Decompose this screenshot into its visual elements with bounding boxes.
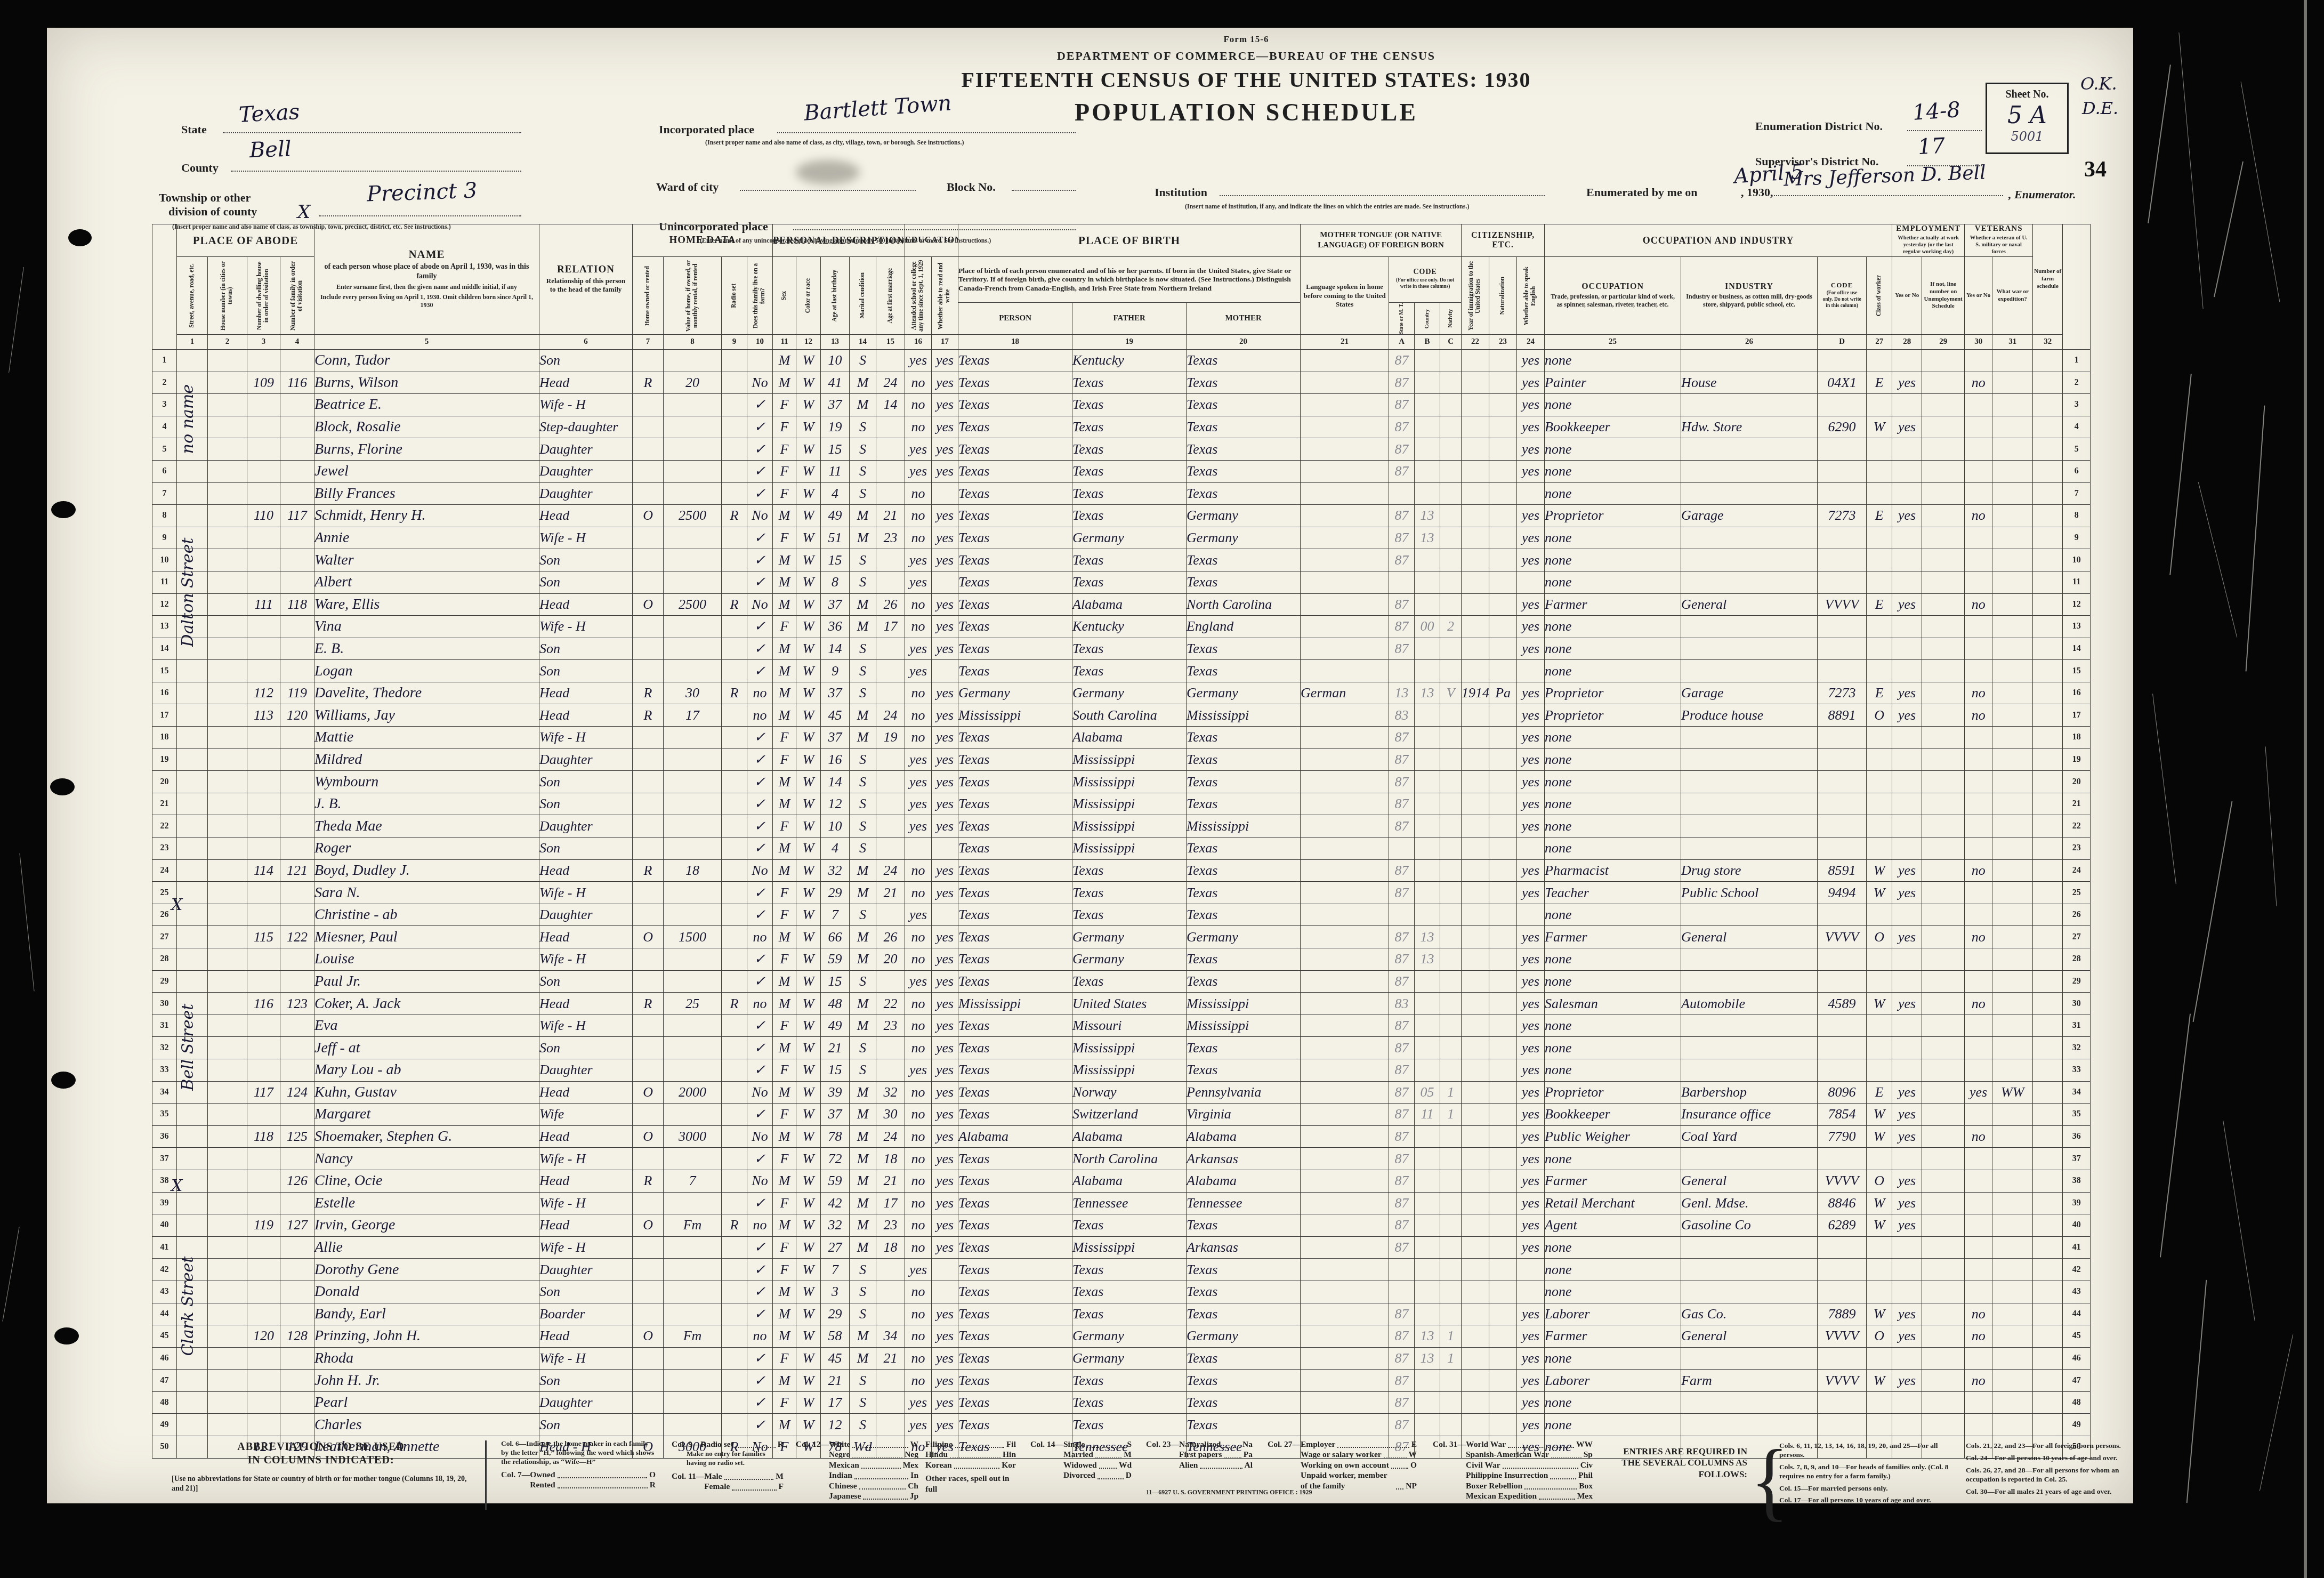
sex: F xyxy=(773,1391,796,1414)
attended-school: no xyxy=(905,1214,932,1237)
worker-class xyxy=(1867,793,1892,815)
family-number xyxy=(280,571,314,593)
age-first-married: 18 xyxy=(876,1236,905,1259)
worker-class xyxy=(1867,1037,1892,1059)
supervisor-district-value: 17 xyxy=(1917,134,1946,160)
worker-class xyxy=(1867,838,1892,860)
occupation: none xyxy=(1545,549,1681,571)
occupation-code xyxy=(1818,1037,1867,1059)
house-number xyxy=(208,1214,247,1237)
home-value xyxy=(664,1104,722,1126)
family-number xyxy=(280,394,314,416)
home-owned-rented xyxy=(633,948,664,971)
occupation-code xyxy=(1818,948,1867,971)
birthplace-person: Texas xyxy=(958,1303,1072,1325)
occupation: none xyxy=(1545,660,1681,682)
industry: Produce house xyxy=(1681,704,1818,727)
undefined xyxy=(1965,1391,1992,1414)
code-b xyxy=(1415,394,1440,416)
immigration-year xyxy=(1462,527,1489,549)
undefined: WW xyxy=(1992,1081,2033,1104)
unemployment-line xyxy=(1922,1214,1965,1237)
home-value xyxy=(664,970,722,993)
census-sheet-paper: Form 15-6 DEPARTMENT OF COMMERCE—BUREAU … xyxy=(47,28,2133,1503)
legend-divider xyxy=(485,1440,487,1510)
age-first-married xyxy=(876,748,905,771)
undefined xyxy=(1992,838,2033,860)
legend-item: IndianIn xyxy=(829,1470,918,1480)
ward-line xyxy=(740,190,916,191)
industry xyxy=(1681,727,1818,749)
legend-item: Spanish-American WarSp xyxy=(1466,1450,1593,1460)
occupation: none xyxy=(1545,838,1681,860)
lives-on-farm: ✓ xyxy=(747,815,773,838)
birthplace-person: Texas xyxy=(958,1170,1072,1192)
immigration-year xyxy=(1462,993,1489,1015)
industry xyxy=(1681,838,1818,860)
race: W xyxy=(796,1391,821,1414)
farm-schedule-number xyxy=(2033,438,2063,461)
naturalization xyxy=(1489,1236,1517,1259)
street-section-x-mark: X xyxy=(171,1177,182,1195)
line-number-header xyxy=(152,224,177,350)
worker-class: E xyxy=(1867,505,1892,527)
birthplace-person: Texas xyxy=(958,394,1072,416)
column-number: D xyxy=(1818,334,1867,349)
house-number xyxy=(208,593,247,616)
birthplace-person: Mississippi xyxy=(958,704,1072,727)
relation: Wife - H xyxy=(539,527,633,549)
race: W xyxy=(796,1303,821,1325)
code-b xyxy=(1415,372,1440,394)
home-owned-rented xyxy=(633,1259,664,1281)
line-number: 49 xyxy=(152,1414,177,1436)
undefined xyxy=(1992,1170,2033,1192)
reads-writes: yes xyxy=(932,349,958,372)
family-number xyxy=(280,948,314,971)
occupation-code xyxy=(1818,638,1867,660)
legend-entries-right: Cols. 21, 22, and 23—For all foreign-bor… xyxy=(1966,1442,2126,1499)
marital-condition: M xyxy=(850,1104,876,1126)
code-b xyxy=(1415,460,1440,482)
street-cell xyxy=(177,793,208,815)
line-number-right: 42 xyxy=(2063,1259,2091,1281)
code-b: 11 xyxy=(1415,1104,1440,1126)
farm-schedule-number xyxy=(2033,704,2063,727)
lives-on-farm: No xyxy=(747,505,773,527)
worker-class xyxy=(1867,438,1892,461)
occupation-code: VVVV xyxy=(1818,593,1867,616)
person-name: Beatrice E. xyxy=(314,394,539,416)
race: W xyxy=(796,838,821,860)
occupation: none xyxy=(1545,616,1681,638)
code-b: 00 xyxy=(1415,616,1440,638)
marital-condition: S xyxy=(850,638,876,660)
home-value: 25 xyxy=(664,993,722,1015)
line-number: 9 xyxy=(152,527,177,549)
farm-schedule-number xyxy=(2033,1325,2063,1348)
radio-set xyxy=(722,527,747,549)
undefined xyxy=(1965,660,1992,682)
line-number: 42 xyxy=(152,1259,177,1281)
birthplace-person: Texas xyxy=(958,838,1072,860)
relation: Wife - H xyxy=(539,1015,633,1037)
worker-class xyxy=(1867,527,1892,549)
attended-school: yes xyxy=(905,1391,932,1414)
person-name: J. B. xyxy=(314,793,539,815)
speaks-english: yes xyxy=(1517,1015,1545,1037)
mother-tongue xyxy=(1301,549,1389,571)
dwelling-number xyxy=(247,815,280,838)
unemployment-line xyxy=(1922,838,1965,860)
marital-condition: M xyxy=(850,1347,876,1370)
home-owned-rented xyxy=(633,838,664,860)
reads-writes: yes xyxy=(932,1015,958,1037)
line-number: 16 xyxy=(152,682,177,704)
age-first-married: 24 xyxy=(876,1125,905,1148)
family-number xyxy=(280,349,314,372)
line-number: 2 xyxy=(152,372,177,394)
marital-condition: S xyxy=(850,793,876,815)
legend-item: SingleS xyxy=(1063,1439,1132,1450)
legend-item: NaturalizedNa xyxy=(1179,1439,1253,1450)
occupation-code xyxy=(1818,349,1867,372)
reads-writes xyxy=(932,482,958,505)
street-name-label: no name xyxy=(179,343,206,495)
age: 16 xyxy=(821,748,850,771)
birthplace-father: Mississippi xyxy=(1072,838,1187,860)
age: 41 xyxy=(821,372,850,394)
code-c xyxy=(1440,1259,1462,1281)
undefined xyxy=(1992,1391,2033,1414)
person-name: Albert xyxy=(314,571,539,593)
relation: Head xyxy=(539,859,633,882)
mother-tongue xyxy=(1301,638,1389,660)
relation: Daughter xyxy=(539,482,633,505)
code-a: 87 xyxy=(1389,505,1415,527)
radio-set xyxy=(722,970,747,993)
house-number xyxy=(208,926,247,948)
industry xyxy=(1681,1259,1818,1281)
birthplace-father: Mississippi xyxy=(1072,793,1187,815)
worker-class xyxy=(1867,549,1892,571)
lives-on-farm: ✓ xyxy=(747,460,773,482)
home-value xyxy=(664,660,722,682)
dwelling-number: 114 xyxy=(247,859,280,882)
industry: Gasoline Co xyxy=(1681,1214,1818,1237)
birthplace-person: Texas xyxy=(958,1192,1072,1214)
reads-writes xyxy=(932,571,958,593)
immigration-year xyxy=(1462,1170,1489,1192)
undefined xyxy=(1992,704,2033,727)
birthplace-person: Texas xyxy=(958,1037,1072,1059)
family-number: 123 xyxy=(280,993,314,1015)
code-b: 13 xyxy=(1415,505,1440,527)
census-row: 31EvaWife - H✓FW49M23noyesTexasMissouriM… xyxy=(152,1015,2091,1037)
house-number xyxy=(208,571,247,593)
code-c xyxy=(1440,505,1462,527)
line-number-right: 29 xyxy=(2063,970,2091,993)
birthplace-father: Texas xyxy=(1072,571,1187,593)
undefined xyxy=(1992,505,2033,527)
home-owned-rented: R xyxy=(633,993,664,1015)
code-b xyxy=(1415,1303,1440,1325)
code-c xyxy=(1440,1192,1462,1214)
radio-set xyxy=(722,948,747,971)
lives-on-farm: ✓ xyxy=(747,438,773,461)
family-number xyxy=(280,1370,314,1392)
person-name: Christine - ab xyxy=(314,904,539,926)
speaks-english xyxy=(1517,838,1545,860)
line-number: 18 xyxy=(152,727,177,749)
column-number: C xyxy=(1440,334,1462,349)
marital-condition: M xyxy=(850,394,876,416)
age-first-married: 23 xyxy=(876,527,905,549)
at-work xyxy=(1892,815,1922,838)
home-owned-rented: O xyxy=(633,505,664,527)
occupation: Laborer xyxy=(1545,1370,1681,1392)
attended-school: no xyxy=(905,1037,932,1059)
line-number: 43 xyxy=(152,1281,177,1303)
mother-tongue xyxy=(1301,1370,1389,1392)
immigration-year xyxy=(1462,1081,1489,1104)
sex: F xyxy=(773,1104,796,1126)
relation: Son xyxy=(539,571,633,593)
industry xyxy=(1681,1015,1818,1037)
worker-class: O xyxy=(1867,1170,1892,1192)
relation: Daughter xyxy=(539,1059,633,1081)
farm-schedule-number xyxy=(2033,1370,2063,1392)
home-value xyxy=(664,416,722,438)
line-number: 27 xyxy=(152,926,177,948)
age: 14 xyxy=(821,771,850,793)
code-a: 87 xyxy=(1389,1391,1415,1414)
code-b xyxy=(1415,793,1440,815)
occupation-code: 7790 xyxy=(1818,1125,1867,1148)
undefined: no xyxy=(1965,704,1992,727)
mother-tongue xyxy=(1301,882,1389,904)
undefined xyxy=(1965,616,1992,638)
line-number-right: 37 xyxy=(2063,1148,2091,1170)
dwelling-number xyxy=(247,727,280,749)
lives-on-farm: ✓ xyxy=(747,948,773,971)
immigration-year xyxy=(1462,1015,1489,1037)
line-number: 23 xyxy=(152,838,177,860)
family-number xyxy=(280,904,314,926)
column-number: 29 xyxy=(1922,334,1965,349)
at-work xyxy=(1892,948,1922,971)
dwelling-number xyxy=(247,416,280,438)
unemployment-line xyxy=(1922,993,1965,1015)
birthplace-person: Texas xyxy=(958,372,1072,394)
marital-condition: M xyxy=(850,527,876,549)
race: W xyxy=(796,970,821,993)
census-row: 36118125Shoemaker, Stephen G.HeadO3000No… xyxy=(152,1125,2091,1148)
age-first-married xyxy=(876,1370,905,1392)
age-first-married: 19 xyxy=(876,727,905,749)
immigration-year xyxy=(1462,1391,1489,1414)
line-number: 46 xyxy=(152,1347,177,1370)
table-header: PLACE OF ABODE NAME of each person whose… xyxy=(152,224,2091,350)
home-value xyxy=(664,793,722,815)
birthplace-father: Germany xyxy=(1072,926,1187,948)
farm-schedule-number xyxy=(2033,970,2063,993)
legend-col23: Col. 23— NaturalizedNaFirst papersPaAlie… xyxy=(1146,1439,1253,1496)
incorporated-label: Incorporated place xyxy=(659,123,754,136)
speaks-english: yes xyxy=(1517,882,1545,904)
column-number: 26 xyxy=(1681,334,1818,349)
home-value xyxy=(664,638,722,660)
person-name: Dorothy Gene xyxy=(314,1259,539,1281)
occupation-code xyxy=(1818,970,1867,993)
naturalization xyxy=(1489,815,1517,838)
census-row: 19MildredDaughter✓FW16SyesyesTexasMissis… xyxy=(152,748,2091,771)
attended-school: yes xyxy=(905,460,932,482)
attended-school: no xyxy=(905,593,932,616)
house-number xyxy=(208,482,247,505)
house-number xyxy=(208,505,247,527)
occupation-code xyxy=(1818,771,1867,793)
birthplace-person: Texas xyxy=(958,1081,1072,1104)
dwelling-number xyxy=(247,1281,280,1303)
at-work: yes xyxy=(1892,926,1922,948)
birthplace-father: Texas xyxy=(1072,549,1187,571)
undefined xyxy=(1965,1259,1992,1281)
sheet-value: 5 A xyxy=(1987,102,2067,129)
attended-school: yes xyxy=(905,970,932,993)
birthplace-mother: Texas xyxy=(1187,1037,1301,1059)
attended-school: no xyxy=(905,372,932,394)
group-place-of-abode: PLACE OF ABODE xyxy=(177,224,314,257)
race: W xyxy=(796,882,821,904)
mother-tongue xyxy=(1301,438,1389,461)
farm-schedule-number xyxy=(2033,1104,2063,1126)
age-first-married xyxy=(876,815,905,838)
relation: Wife - H xyxy=(539,1347,633,1370)
col-naturalization-header: Naturalization xyxy=(1489,257,1517,335)
naturalization xyxy=(1489,571,1517,593)
line-number-right: 40 xyxy=(2063,1214,2091,1237)
dwelling-number xyxy=(247,904,280,926)
birthplace-mother: Texas xyxy=(1187,372,1301,394)
unemployment-line xyxy=(1922,771,1965,793)
mother-tongue xyxy=(1301,1081,1389,1104)
race: W xyxy=(796,349,821,372)
census-row: 38126Cline, OcieHeadR7NoMW59M21noyesTexa… xyxy=(152,1170,2091,1192)
attended-school: no xyxy=(905,1125,932,1148)
worker-class xyxy=(1867,638,1892,660)
unemployment-line xyxy=(1922,1281,1965,1303)
person-name: Charles xyxy=(314,1414,539,1436)
column-number: 32 xyxy=(2033,334,2063,349)
family-number xyxy=(280,1281,314,1303)
sex: M xyxy=(773,660,796,682)
immigration-year xyxy=(1462,926,1489,948)
birthplace-father: Texas xyxy=(1072,372,1187,394)
sex: F xyxy=(773,727,796,749)
undefined xyxy=(1992,859,2033,882)
unemployment-line xyxy=(1922,904,1965,926)
birthplace-mother: Tennessee xyxy=(1187,1192,1301,1214)
undefined xyxy=(1965,482,1992,505)
sex: M xyxy=(773,1037,796,1059)
col-farm-schedule-header: Number of farm schedule xyxy=(2033,224,2063,335)
family-number xyxy=(280,660,314,682)
institution-note: (Insert name of institution, if any, and… xyxy=(1185,203,1558,211)
person-name: Eva xyxy=(314,1015,539,1037)
dwelling-number xyxy=(247,349,280,372)
immigration-year xyxy=(1462,593,1489,616)
family-number: 117 xyxy=(280,505,314,527)
census-row: 45120128Prinzing, John H.HeadOFmnoMW58M3… xyxy=(152,1325,2091,1348)
birthplace-father: Mississippi xyxy=(1072,1236,1187,1259)
lives-on-farm: ✓ xyxy=(747,571,773,593)
at-work: yes xyxy=(1892,593,1922,616)
line-number-right: 17 xyxy=(2063,704,2091,727)
family-number xyxy=(280,970,314,993)
code-a: 87 xyxy=(1389,1192,1415,1214)
code-b xyxy=(1415,571,1440,593)
worker-class xyxy=(1867,660,1892,682)
line-number-right: 23 xyxy=(2063,838,2091,860)
legend-col12a: Col. 12— WhiteWNegroNegMexicanMexIndianI… xyxy=(796,1439,918,1501)
mother-tongue xyxy=(1301,948,1389,971)
birthplace-person: Texas xyxy=(958,1259,1072,1281)
birthplace-person: Texas xyxy=(958,1148,1072,1170)
undefined: no xyxy=(1965,1325,1992,1348)
at-work: yes xyxy=(1892,372,1922,394)
attended-school: no xyxy=(905,527,932,549)
column-number: 12 xyxy=(796,334,821,349)
code-c xyxy=(1440,1391,1462,1414)
age-first-married: 21 xyxy=(876,882,905,904)
unemployment-line xyxy=(1922,1192,1965,1214)
farm-schedule-number xyxy=(2033,1192,2063,1214)
birthplace-father: Texas xyxy=(1072,1414,1187,1436)
line-number: 45 xyxy=(152,1325,177,1348)
unemployment-line xyxy=(1922,638,1965,660)
radio-set xyxy=(722,438,747,461)
farm-schedule-number xyxy=(2033,505,2063,527)
code-a: 87 xyxy=(1389,926,1415,948)
immigration-year xyxy=(1462,394,1489,416)
sex: M xyxy=(773,1281,796,1303)
col-street-header: Street, avenue, road, etc. xyxy=(177,257,208,335)
column-number: 24 xyxy=(1517,334,1545,349)
legend-item: Philippine InsurrectionPhil xyxy=(1466,1470,1593,1480)
occupation: Proprietor xyxy=(1545,505,1681,527)
occupation-code xyxy=(1818,1391,1867,1414)
farm-schedule-number xyxy=(2033,394,2063,416)
occupation-code: 4589 xyxy=(1818,993,1867,1015)
worker-class xyxy=(1867,948,1892,971)
code-c xyxy=(1440,926,1462,948)
relation: Head xyxy=(539,704,633,727)
line-number-right: 36 xyxy=(2063,1125,2091,1148)
industry xyxy=(1681,616,1818,638)
code-c xyxy=(1440,727,1462,749)
column-number: 4 xyxy=(280,334,314,349)
sex: F xyxy=(773,882,796,904)
immigration-year xyxy=(1462,859,1489,882)
dwelling-number xyxy=(247,1170,280,1192)
unemployment-line xyxy=(1922,482,1965,505)
naturalization xyxy=(1489,505,1517,527)
immigration-year xyxy=(1462,1303,1489,1325)
lives-on-farm: No xyxy=(747,1081,773,1104)
unemployment-line xyxy=(1922,394,1965,416)
code-a: 87 xyxy=(1389,1037,1415,1059)
